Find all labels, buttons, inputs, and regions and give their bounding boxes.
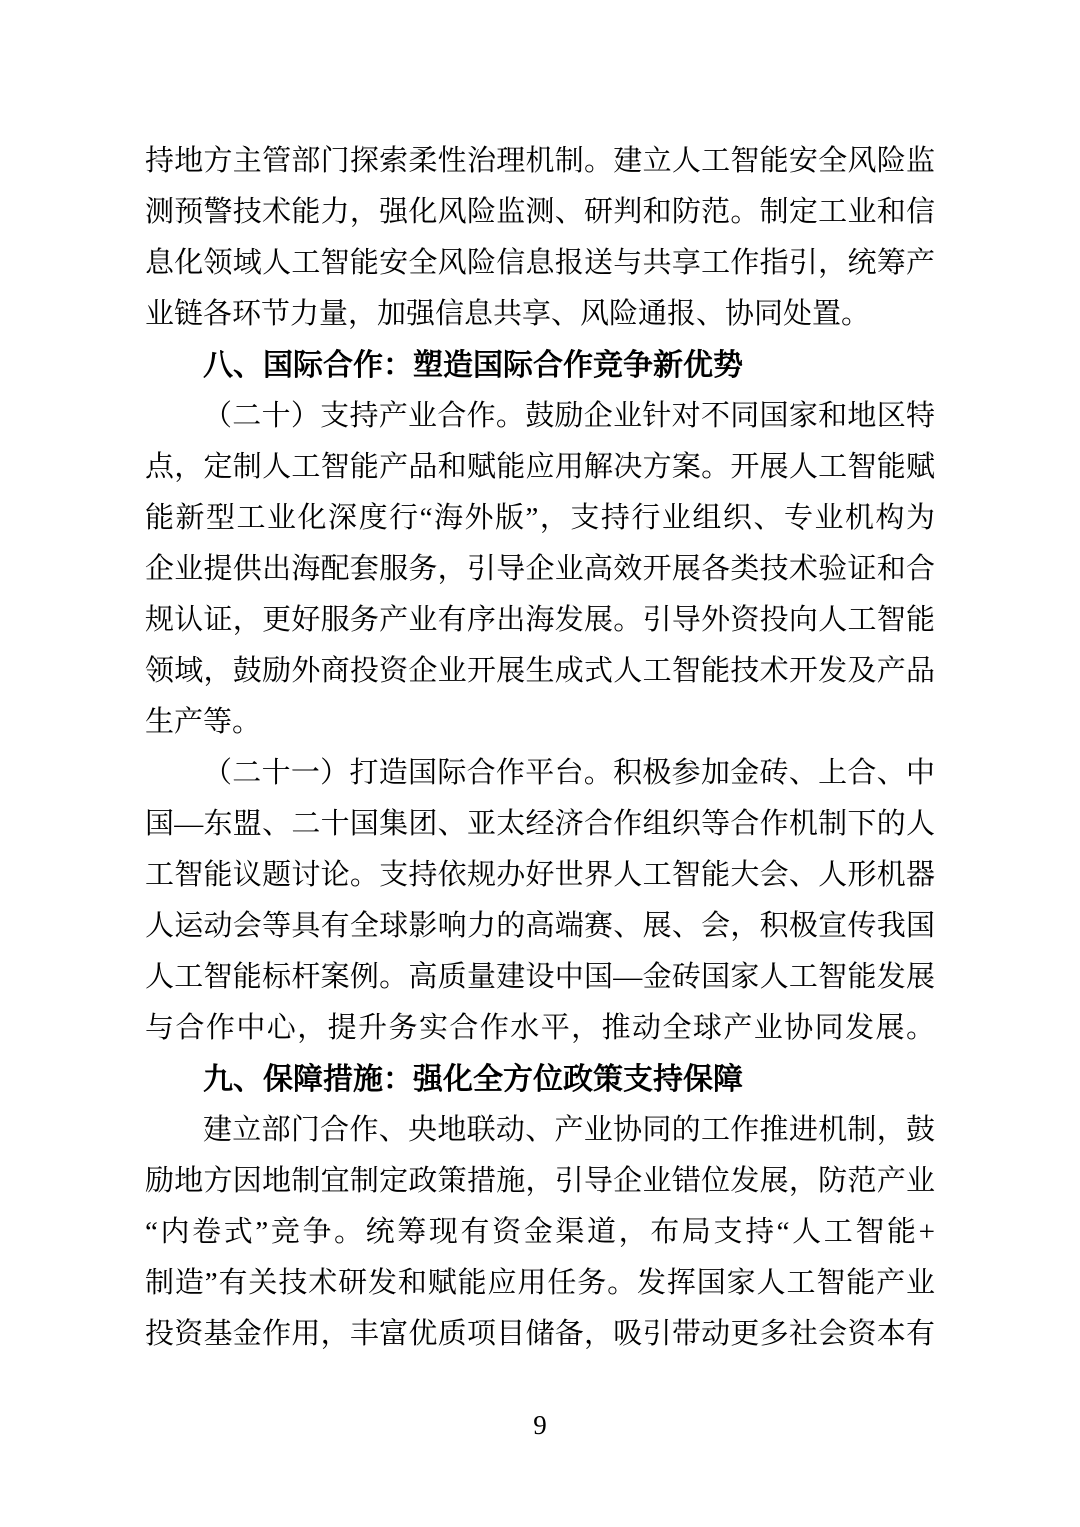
text-line: （二十一）打造国际合作平台。积极参加金砖、上合、中 bbox=[145, 748, 935, 799]
text-line: 励地方因地制宜制定政策措施，引导企业错位发展，防范产业 bbox=[145, 1156, 935, 1207]
text-line: 业链各环节力量，加强信息共享、风险通报、协同处置。 bbox=[145, 289, 935, 340]
text-line: 持地方主管部门探索柔性治理机制。建立人工智能安全风险监 bbox=[145, 136, 935, 187]
text-line: 能新型工业化深度行“海外版”，支持行业组织、专业机构为 bbox=[145, 493, 935, 544]
text-line: 国—东盟、二十国集团、亚太经济合作组织等合作机制下的人 bbox=[145, 799, 935, 850]
text-line: 领域，鼓励外商投资企业开展生成式人工智能技术开发及产品 bbox=[145, 646, 935, 697]
text-line: 生产等。 bbox=[145, 697, 935, 748]
text-line: 建立部门合作、央地联动、产业协同的工作推进机制，鼓 bbox=[145, 1105, 935, 1156]
text-line: 与合作中心，提升务实合作水平，推动全球产业协同发展。 bbox=[145, 1003, 935, 1054]
page-number: 9 bbox=[0, 1408, 1080, 1442]
text-line: 人工智能标杆案例。高质量建设中国—金砖国家人工智能发展 bbox=[145, 952, 935, 1003]
text-line: 规认证，更好服务产业有序出海发展。引导外资投向人工智能 bbox=[145, 595, 935, 646]
document-page: 持地方主管部门探索柔性治理机制。建立人工智能安全风险监 测预警技术能力，强化风险… bbox=[0, 0, 1080, 1527]
text-block: 持地方主管部门探索柔性治理机制。建立人工智能安全风险监 测预警技术能力，强化风险… bbox=[145, 136, 935, 1360]
text-line: （二十）支持产业合作。鼓励企业针对不同国家和地区特 bbox=[145, 391, 935, 442]
text-line: 息化领域人工智能安全风险信息报送与共享工作指引，统筹产 bbox=[145, 238, 935, 289]
text-line: 测预警技术能力，强化风险监测、研判和防范。制定工业和信 bbox=[145, 187, 935, 238]
text-line: 工智能议题讨论。支持依规办好世界人工智能大会、人形机器 bbox=[145, 850, 935, 901]
text-line: 投资基金作用，丰富优质项目储备，吸引带动更多社会资本有 bbox=[145, 1309, 935, 1360]
text-line: 点，定制人工智能产品和赋能应用解决方案。开展人工智能赋 bbox=[145, 442, 935, 493]
text-line: “内卷式”竞争。统筹现有资金渠道，布局支持“人工智能+ bbox=[145, 1207, 935, 1258]
section-heading: 九、保障措施：强化全方位政策支持保障 bbox=[145, 1054, 935, 1105]
section-heading: 八、国际合作：塑造国际合作竞争新优势 bbox=[145, 340, 935, 391]
text-line: 企业提供出海配套服务，引导企业高效开展各类技术验证和合 bbox=[145, 544, 935, 595]
text-line: 制造”有关技术研发和赋能应用任务。发挥国家人工智能产业 bbox=[145, 1258, 935, 1309]
text-line: 人运动会等具有全球影响力的高端赛、展、会，积极宣传我国 bbox=[145, 901, 935, 952]
